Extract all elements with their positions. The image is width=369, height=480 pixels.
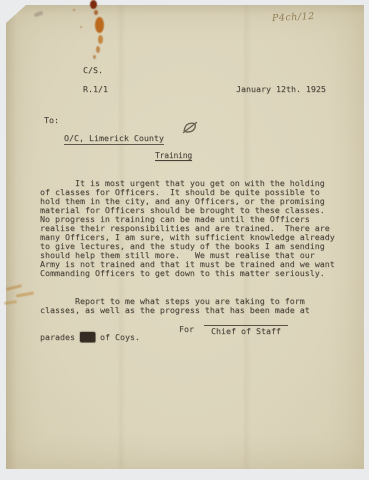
rust-stain-dot: [80, 26, 82, 28]
rust-stain: [94, 10, 98, 15]
signature-block: For Chief of Staff: [179, 325, 288, 336]
body-paragraph-1: It is most urgent that you get on with t…: [40, 179, 335, 278]
tail-post: of Coys.: [95, 332, 140, 342]
file-ref: R.1/1: [83, 85, 108, 94]
addressee: O/C, Limerick County: [44, 125, 164, 153]
rust-stain: [95, 17, 104, 33]
date-line: January 12th. 1925: [236, 85, 326, 94]
body-paragraph-2: Report to me what steps you are taking t…: [40, 279, 310, 360]
signature-role: Chief of Staff: [204, 325, 288, 336]
signature-for-label: For: [179, 325, 194, 334]
archival-ref-annotation: P4ch/12: [272, 11, 315, 24]
scanned-letter-page: P4ch/12 C/S. R.1/1 January 12th. 1925 To…: [0, 0, 369, 480]
rust-stain: [96, 46, 100, 53]
rust-stain: [98, 35, 103, 44]
subject-heading: Training: [155, 151, 192, 160]
office-ref: C/S.: [83, 66, 103, 75]
tail-pre: parades: [40, 332, 80, 342]
addressee-text: O/C, Limerick County: [64, 133, 164, 145]
rust-stain: [93, 55, 96, 59]
rust-stain-dot: [73, 9, 75, 11]
struck-out-word: mmm: [80, 332, 95, 342]
body-paragraph-2-lines: Report to me what steps you are taking t…: [40, 297, 310, 315]
to-label: To:: [44, 116, 59, 125]
rust-stain: [90, 0, 97, 9]
pencil-mark-icon: [180, 120, 200, 135]
